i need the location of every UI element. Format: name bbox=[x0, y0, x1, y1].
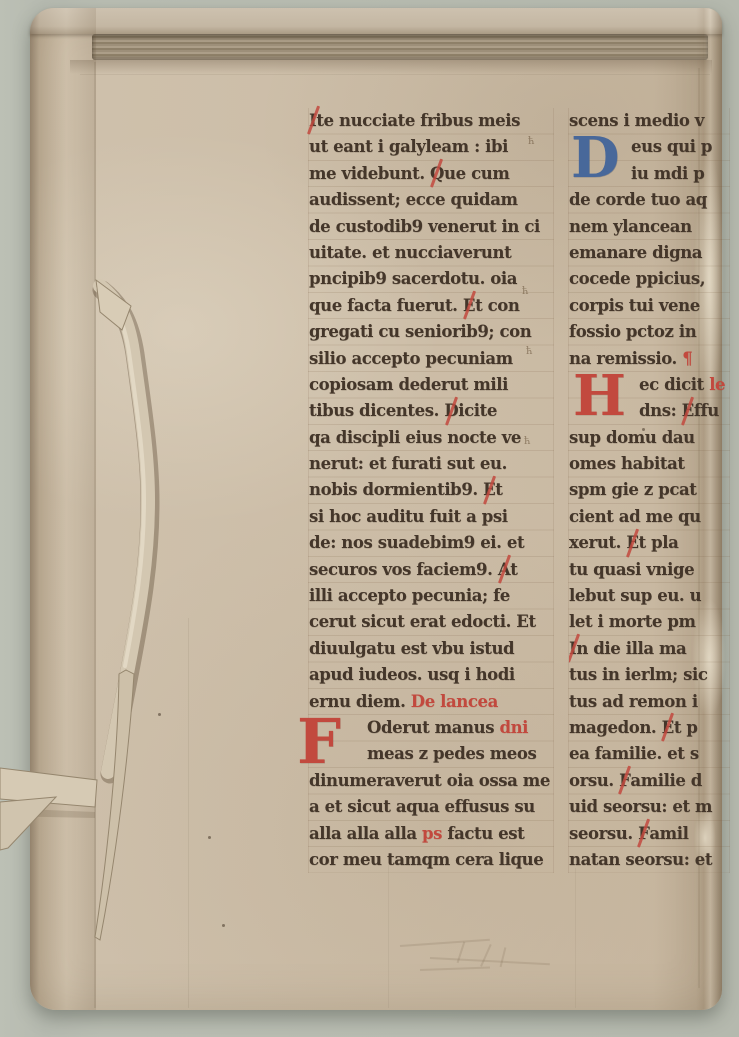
text-segment: t pla bbox=[639, 533, 679, 552]
text-segment: a et sicut aqua effusus su bbox=[309, 797, 535, 816]
text-line: alla alla alla ps factu est bbox=[309, 821, 553, 847]
rubricated-initial: E bbox=[682, 398, 694, 424]
text-line: emanare digna bbox=[569, 240, 729, 266]
drop-cap-H: H bbox=[573, 368, 626, 424]
text-segment: xerut. bbox=[569, 533, 626, 552]
text-segment: sup domu dau bbox=[569, 428, 695, 447]
text-segment: emanare digna bbox=[569, 243, 702, 262]
text-column-left: FIte nucciate fribus meisut eant i galyl… bbox=[308, 108, 554, 873]
text-segment: tus ad remon i bbox=[569, 692, 698, 711]
rubricated-initial: E bbox=[662, 715, 674, 741]
ink-dot bbox=[158, 713, 161, 716]
text-line: nobis dormientib9. Et bbox=[309, 477, 553, 503]
text-segment: let i morte pm bbox=[569, 612, 696, 631]
rubric-text: dni bbox=[499, 718, 528, 737]
crease-line bbox=[94, 62, 96, 1008]
text-line: de corde tuo aq bbox=[569, 187, 729, 213]
text-line: qa discipli eius nocte ve bbox=[309, 425, 553, 451]
text-segment: meas z pedes meos bbox=[367, 744, 536, 763]
text-line: ut eant i galyleam : ibi bbox=[309, 134, 553, 160]
text-segment: gregati cu seniorib9; con bbox=[309, 322, 531, 341]
text-line: xerut. Et pla bbox=[569, 530, 729, 556]
text-line: seorsu. Famil bbox=[569, 821, 729, 847]
text-segment: illi accepto pecunia; fe bbox=[309, 586, 510, 605]
rubricated-initial: E bbox=[463, 293, 475, 319]
text-line: Ite nucciate fribus meis bbox=[309, 108, 553, 134]
text-segment: cor meu tamqm cera lique bbox=[309, 850, 543, 869]
text-segment: de custodib9 venerut in ci bbox=[309, 217, 540, 236]
rubricated-initial: I bbox=[569, 636, 576, 662]
text-segment: te nucciate fribus meis bbox=[316, 111, 520, 130]
rubricated-initial: Q bbox=[430, 161, 444, 187]
rubric-text: ps bbox=[422, 824, 447, 843]
text-line: tus ad remon i bbox=[569, 689, 729, 715]
text-segment: uid seorsu: et m bbox=[569, 797, 712, 816]
text-segment: cient ad me qu bbox=[569, 507, 701, 526]
text-segment: amil bbox=[649, 824, 688, 843]
text-line: cor meu tamqm cera lique bbox=[309, 847, 553, 873]
text-segment: que facta fuerut. bbox=[309, 296, 463, 315]
text-segment: spm gie z pcat bbox=[569, 480, 697, 499]
text-line: spm gie z pcat bbox=[569, 477, 729, 503]
text-line: lebut sup eu. u bbox=[569, 583, 729, 609]
text-segment: ffu bbox=[694, 401, 719, 420]
text-line: In die illa ma bbox=[569, 636, 729, 662]
text-segment: Oderut manus bbox=[367, 718, 499, 737]
text-segment: omes habitat bbox=[569, 454, 685, 473]
text-line: meas z pedes meos bbox=[309, 741, 553, 767]
rubricated-initial: E bbox=[483, 477, 495, 503]
text-line: copiosam dederut mili bbox=[309, 372, 553, 398]
text-segment: tus in ierlm; sic bbox=[569, 665, 708, 684]
text-line: dinumeraverut oia ossa me bbox=[309, 768, 553, 794]
text-segment: securos vos faciem9. bbox=[309, 560, 498, 579]
rubricated-initial: F bbox=[619, 768, 630, 794]
text-line: let i morte pm bbox=[569, 609, 729, 635]
text-segment: seorsu. bbox=[569, 824, 638, 843]
text-line: tu quasi vnige bbox=[569, 557, 729, 583]
rubricated-initial: E bbox=[626, 530, 638, 556]
text-line: Oderut manus dni bbox=[309, 715, 553, 741]
text-segment: cocede ppicius, bbox=[569, 269, 705, 288]
text-line: nerut: et furati sut eu. bbox=[309, 451, 553, 477]
text-line: apud iudeos. usq i hodi bbox=[309, 662, 553, 688]
text-segment: eus qui p bbox=[631, 137, 712, 156]
text-segment: si hoc auditu fuit a psi bbox=[309, 507, 508, 526]
text-segment: icite bbox=[458, 401, 497, 420]
text-segment: t p bbox=[674, 718, 698, 737]
text-segment: nerut: et furati sut eu. bbox=[309, 454, 507, 473]
text-segment: amilie d bbox=[630, 771, 702, 790]
text-line: uitate. et nucciaverunt bbox=[309, 240, 553, 266]
text-line: uid seorsu: et m bbox=[569, 794, 729, 820]
text-line: tibus dicentes. Dicite bbox=[309, 398, 553, 424]
pen-trials bbox=[390, 933, 640, 993]
cover-top-fold bbox=[30, 8, 722, 34]
text-segment: fossio pctoz in bbox=[569, 322, 696, 341]
text-segment: tibus dicentes. bbox=[309, 401, 444, 420]
text-segment: apud iudeos. usq i hodi bbox=[309, 665, 515, 684]
text-line: orsu. Familie d bbox=[569, 768, 729, 794]
rubricated-initial: F bbox=[638, 821, 649, 847]
text-segment: orsu. bbox=[569, 771, 619, 790]
text-segment: t bbox=[510, 560, 517, 579]
text-line: gregati cu seniorib9; con bbox=[309, 319, 553, 345]
text-segment: alla alla alla bbox=[309, 824, 422, 843]
text-line: tus in ierlm; sic bbox=[569, 662, 729, 688]
crease-line bbox=[188, 618, 189, 1008]
text-segment: me videbunt. bbox=[309, 164, 430, 183]
page-edges-top bbox=[92, 34, 708, 60]
text-segment: nem ylancean bbox=[569, 217, 692, 236]
rubric-text: De lancea bbox=[411, 692, 498, 711]
text-line: de custodib9 venerut in ci bbox=[309, 214, 553, 240]
text-segment: ut eant i galyleam : ibi bbox=[309, 137, 508, 156]
text-segment: dns: bbox=[639, 401, 682, 420]
text-segment: nobis dormientib9. bbox=[309, 480, 483, 499]
text-segment: uitate. et nucciaverunt bbox=[309, 243, 511, 262]
text-line: cocede ppicius, bbox=[569, 266, 729, 292]
text-line: si hoc auditu fuit a psi bbox=[309, 504, 553, 530]
rubricated-initial: D bbox=[444, 398, 458, 424]
text-segment: n die illa ma bbox=[576, 639, 686, 658]
text-segment: de: nos suadebim9 ei. et bbox=[309, 533, 524, 552]
text-segment: ue cum bbox=[444, 164, 509, 183]
text-line: diuulgatu est vbu istud bbox=[309, 636, 553, 662]
text-segment: factu est bbox=[447, 824, 524, 843]
crease-line bbox=[80, 74, 710, 75]
text-segment: natan seorsu: et bbox=[569, 850, 712, 869]
text-segment: qa discipli eius nocte ve bbox=[309, 428, 521, 447]
text-line: natan seorsu: et bbox=[569, 847, 729, 873]
text-line: securos vos faciem9. At bbox=[309, 557, 553, 583]
text-segment: cerut sicut erat edocti. Et bbox=[309, 612, 536, 631]
text-line: omes habitat bbox=[569, 451, 729, 477]
text-segment: iu mdi p bbox=[631, 164, 704, 183]
spine-fold bbox=[30, 8, 96, 1010]
text-line: ea familie. et s bbox=[569, 741, 729, 767]
drop-cap-D: D bbox=[571, 130, 619, 186]
text-column-right: DHscens i medio veus qui piu mdi pde cor… bbox=[568, 108, 730, 873]
drop-cap-F: F bbox=[297, 711, 341, 773]
text-segment: dinumeraverut oia ossa me bbox=[309, 771, 550, 790]
text-segment: tu quasi vnige bbox=[569, 560, 694, 579]
text-line: silio accepto pecuniam bbox=[309, 346, 553, 372]
text-segment: pncipib9 sacerdotu. oia bbox=[309, 269, 517, 288]
rubric-text: le bbox=[709, 375, 725, 394]
text-segment: t con bbox=[475, 296, 519, 315]
text-line: me videbunt. Que cum bbox=[309, 161, 553, 187]
text-line: illi accepto pecunia; fe bbox=[309, 583, 553, 609]
text-segment: audissent; ecce quidam bbox=[309, 190, 518, 209]
text-line: magedon. Et p bbox=[569, 715, 729, 741]
text-line: nem ylancean bbox=[569, 214, 729, 240]
text-line: ernu diem. De lancea bbox=[309, 689, 553, 715]
text-line: que facta fuerut. Et con bbox=[309, 293, 553, 319]
rubricated-initial: I bbox=[309, 108, 316, 134]
text-segment: de corde tuo aq bbox=[569, 190, 707, 209]
text-line: cient ad me qu bbox=[569, 504, 729, 530]
text-line: fossio pctoz in bbox=[569, 319, 729, 345]
text-segment: diuulgatu est vbu istud bbox=[309, 639, 514, 658]
text-segment: magedon. bbox=[569, 718, 662, 737]
fold-shadow bbox=[70, 60, 712, 74]
rubricated-initial: A bbox=[498, 557, 510, 583]
text-segment: t bbox=[495, 480, 502, 499]
manuscript-photo: ћ ћ ћ ћ FIte nucciate fribus meisut eant… bbox=[0, 0, 739, 1037]
crease-line bbox=[388, 858, 389, 1008]
rubric-text: ¶ bbox=[682, 349, 692, 368]
text-line: a et sicut aqua effusus su bbox=[309, 794, 553, 820]
text-line: cerut sicut erat edocti. Et bbox=[309, 609, 553, 635]
ink-dot bbox=[222, 924, 225, 927]
text-segment: ec dicit bbox=[639, 375, 709, 394]
text-line: corpis tui vene bbox=[569, 293, 729, 319]
text-segment: silio accepto pecuniam bbox=[309, 349, 513, 368]
text-segment: lebut sup eu. u bbox=[569, 586, 701, 605]
text-segment: corpis tui vene bbox=[569, 296, 700, 315]
text-line: de: nos suadebim9 ei. et bbox=[309, 530, 553, 556]
text-segment: ea familie. et s bbox=[569, 744, 699, 763]
text-line: audissent; ecce quidam bbox=[309, 187, 553, 213]
text-line: pncipib9 sacerdotu. oia bbox=[309, 266, 553, 292]
text-segment: copiosam dederut mili bbox=[309, 375, 508, 394]
book-cover: ћ ћ ћ ћ FIte nucciate fribus meisut eant… bbox=[30, 8, 722, 1010]
ink-dot bbox=[208, 836, 211, 839]
